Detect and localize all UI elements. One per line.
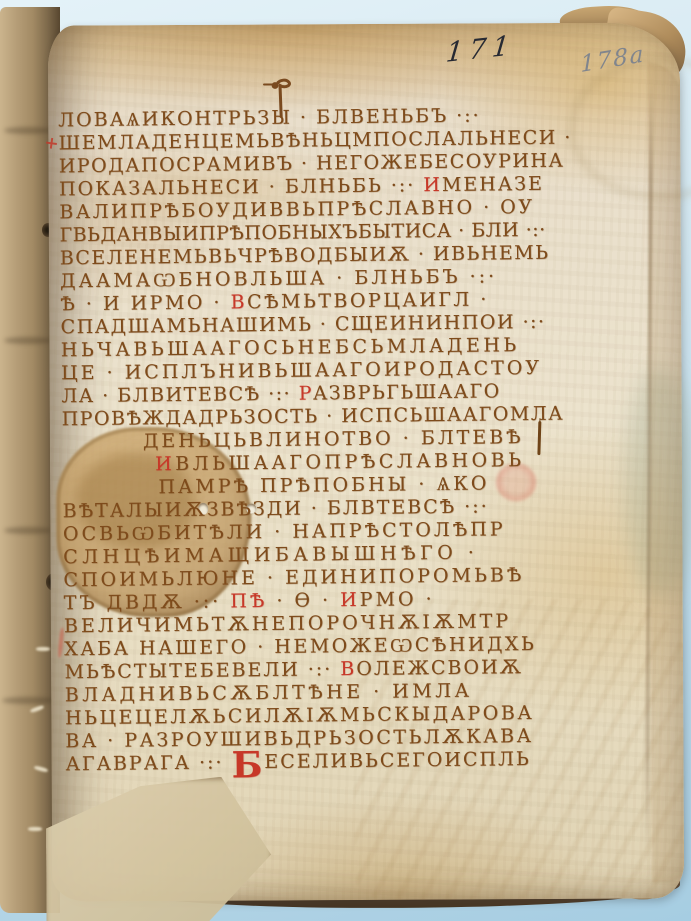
rubric-initial: В: [340, 658, 356, 680]
ink-text: рмо ·: [360, 588, 435, 611]
spine-streak: [2, 697, 54, 704]
ink-text: ѣ · и ирмо ·: [60, 291, 230, 315]
rubric-initial: В: [230, 291, 247, 313]
ink-text: олежсвоиѫ: [356, 656, 523, 680]
ink-text: деньцьвлинотво · блтевѣ: [143, 426, 524, 452]
ink-text: азврьгьшааго: [313, 380, 501, 404]
torn-corner-bottom-left: [46, 777, 272, 921]
ink-text: владнивьсѫблтѣне · имла: [65, 680, 473, 707]
ink-text: тъ двдѫ ·:·: [64, 590, 231, 614]
rubric-initial: Б: [231, 744, 264, 786]
ink-text: вльшаагопрѣславновь: [175, 449, 524, 475]
binding-thread: [28, 827, 42, 831]
ink-text: сѣмьтворцаигл ·: [247, 288, 489, 313]
rubric-initial: И: [423, 174, 442, 196]
binding-thread: [36, 647, 50, 651]
text-block: ловаѧиконтрьзы · блвеньбъ ·:·шемладенцем…: [58, 103, 626, 776]
ink-text: памрѣ прѣпобны · ѧко: [158, 472, 489, 498]
ink-text: ла · блвитевсѣ ·:·: [61, 383, 299, 408]
binding-thread: [34, 765, 49, 772]
spine-streak: [4, 527, 52, 534]
rubric-initial: Р: [299, 382, 314, 404]
manuscript-photo: 171 178a + ловаѧиконтрьзы · блвеньбъ ·:·…: [0, 0, 691, 921]
rubric-initial: И: [340, 589, 360, 611]
ink-text: · ѳ ·: [267, 589, 340, 612]
spine-streak: [4, 337, 52, 344]
right-edge-fold: [648, 62, 684, 882]
parchment-page: 171 178a + ловаѧиконтрьзы · блвеньбъ ·:·…: [48, 22, 685, 901]
ink-text: меназе: [442, 173, 544, 196]
red-margin-cross: +: [43, 133, 60, 155]
ink-text: еселивьсегоиспль: [264, 748, 531, 773]
binding-thread: [30, 705, 45, 714]
ink-text: агаврага ·:·: [65, 751, 231, 775]
ink-text: показальнеси · блньбь ·:·: [59, 174, 424, 200]
rubric-initial: И: [155, 453, 175, 475]
rubric-initial: пѣ: [230, 590, 267, 612]
text-line: агаврага ·:· Беселивьсегоиспль: [65, 747, 625, 776]
folio-number-ink: 171: [445, 29, 528, 69]
ink-text: мьѣстытебевели ·:·: [64, 658, 340, 683]
